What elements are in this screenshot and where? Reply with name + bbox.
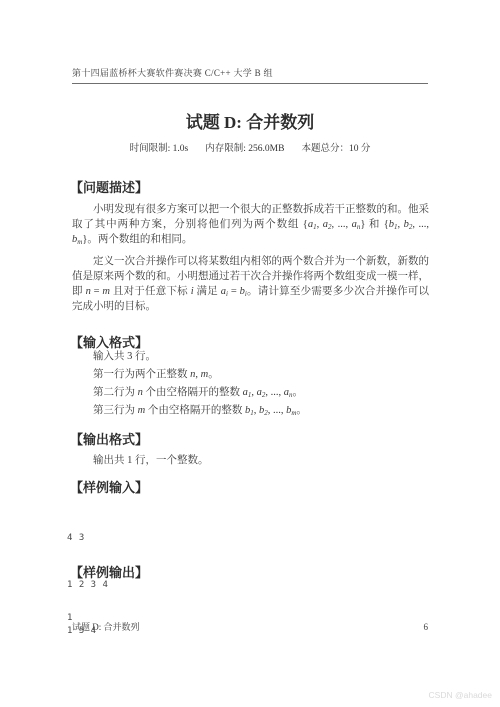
problem-paragraph-1: 小明发现有很多方案可以把一个很大的正整数拆成若干正整数的和。他采取了其中两种方案…: [72, 202, 429, 247]
memory-limit: 内存限制: 256.0MB: [205, 143, 284, 155]
input-format-line-1: 输入共 3 行。: [72, 349, 429, 364]
output-format-line-1: 输出共 1 行，一个整数。: [72, 453, 429, 468]
section-heading-input-format: 【输入格式】: [70, 336, 148, 350]
page-number: 6: [424, 621, 429, 633]
watermark: CSDN @ahadee: [429, 690, 492, 700]
time-limit: 时间限制: 1.0s: [130, 143, 189, 155]
page-title: 试题 D: 合并数列: [0, 112, 500, 134]
input-format-line-2: 第一行为两个正整数 n, m。: [72, 367, 429, 382]
section-heading-sample-input: 【样例输入】: [70, 481, 148, 495]
page-footer: 试题 D: 合并数列 6: [72, 621, 428, 633]
sample-input-line-1: 4 3: [67, 531, 108, 547]
output-format-lines: 输出共 1 行，一个整数。: [72, 453, 429, 471]
problem-paragraph-2: 定义一次合并操作可以将某数组内相邻的两个数合并为一个新数，新数的值是原来两个数的…: [72, 254, 429, 314]
section-heading-output-format: 【输出格式】: [70, 433, 148, 447]
section-heading-sample-output: 【样例输出】: [70, 566, 148, 580]
footer-title: 试题 D: 合并数列: [72, 621, 140, 633]
limits-line: 时间限制: 1.0s 内存限制: 256.0MB 本题总分：10 分: [0, 143, 500, 155]
input-format-lines: 输入共 3 行。 第一行为两个正整数 n, m。 第二行为 n 个由空格隔开的整…: [72, 349, 429, 421]
sample-output-code: 1: [67, 580, 91, 658]
input-format-line-4: 第三行为 m 个由空格隔开的整数 b1, b2, ..., bm。: [72, 403, 429, 418]
input-format-line-3: 第二行为 n 个由空格隔开的整数 a1, a2, ..., an。: [72, 385, 429, 400]
section-heading-problem-description: 【问题描述】: [70, 181, 148, 195]
page-header: 第十四届蓝桥杯大赛软件赛决赛 C/C++ 大学 B 组: [72, 68, 428, 84]
total-score: 本题总分：10 分: [301, 143, 370, 155]
